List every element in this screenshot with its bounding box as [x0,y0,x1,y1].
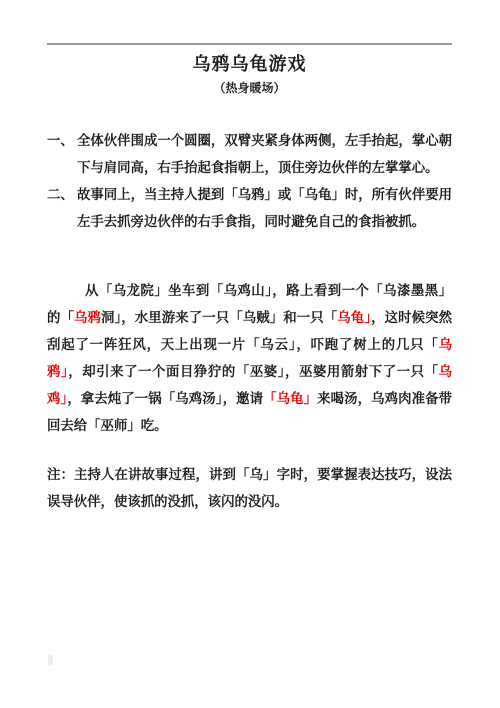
rules-list: 一、全体伙伴围成一个圆圈，双臂夹紧身体两侧，左手抬起，掌心朝下与肩同高，右手抬起… [47,127,452,235]
story-paragraph: 从「乌龙院」坐车到「乌鸡山」，路上看到一个「乌漆墨黑」的「乌鸦洞」，水里游来了一… [47,277,452,439]
document-page: 乌鸦乌龟游戏 （热身暖场） 一、全体伙伴围成一个圆圈，双臂夹紧身体两侧，左手抬起… [0,0,500,708]
story-highlight: 「乌龟」 [263,391,317,406]
note-paragraph: 注：主持人在讲故事过程，讲到「乌」字时，要掌握表达技巧，设法误导伙伴，使该抓的没… [47,461,452,515]
story-text: ，却引来了一个面目狰狞的「巫婆」，巫婆用箭射下了一只「 [68,364,438,379]
story-highlight: 乌鸦 [74,310,101,325]
page-subtitle: （热身暖场） [47,80,452,97]
story-text: 洞」，水里游来了一只「乌贼」和一只「 [101,310,337,325]
rule-marker: 二、 [47,181,77,235]
rule-item-2: 二、故事同上，当主持人提到「乌鸦」或「乌龟」时，所有伙伴要用左手去抓旁边伙伴的右… [47,181,452,235]
rule-item-1: 一、全体伙伴围成一个圆圈，双臂夹紧身体两侧，左手抬起，掌心朝下与肩同高，右手抬起… [47,127,452,181]
story-text: ，拿去炖了一锅「乌鸡汤」，邀请 [67,391,263,406]
rule-text: 全体伙伴围成一个圆圈，双臂夹紧身体两侧，左手抬起，掌心朝下与肩同高，右手抬起食指… [77,127,452,181]
title-divider [47,43,452,45]
faint-artifact [48,655,53,665]
page-title: 乌鸦乌龟游戏 [47,52,452,77]
rule-marker: 一、 [47,127,77,181]
rule-text: 故事同上，当主持人提到「乌鸦」或「乌龟」时，所有伙伴要用左手去抓旁边伙伴的右手食… [77,181,452,235]
story-highlight: 乌龟」 [337,310,371,325]
